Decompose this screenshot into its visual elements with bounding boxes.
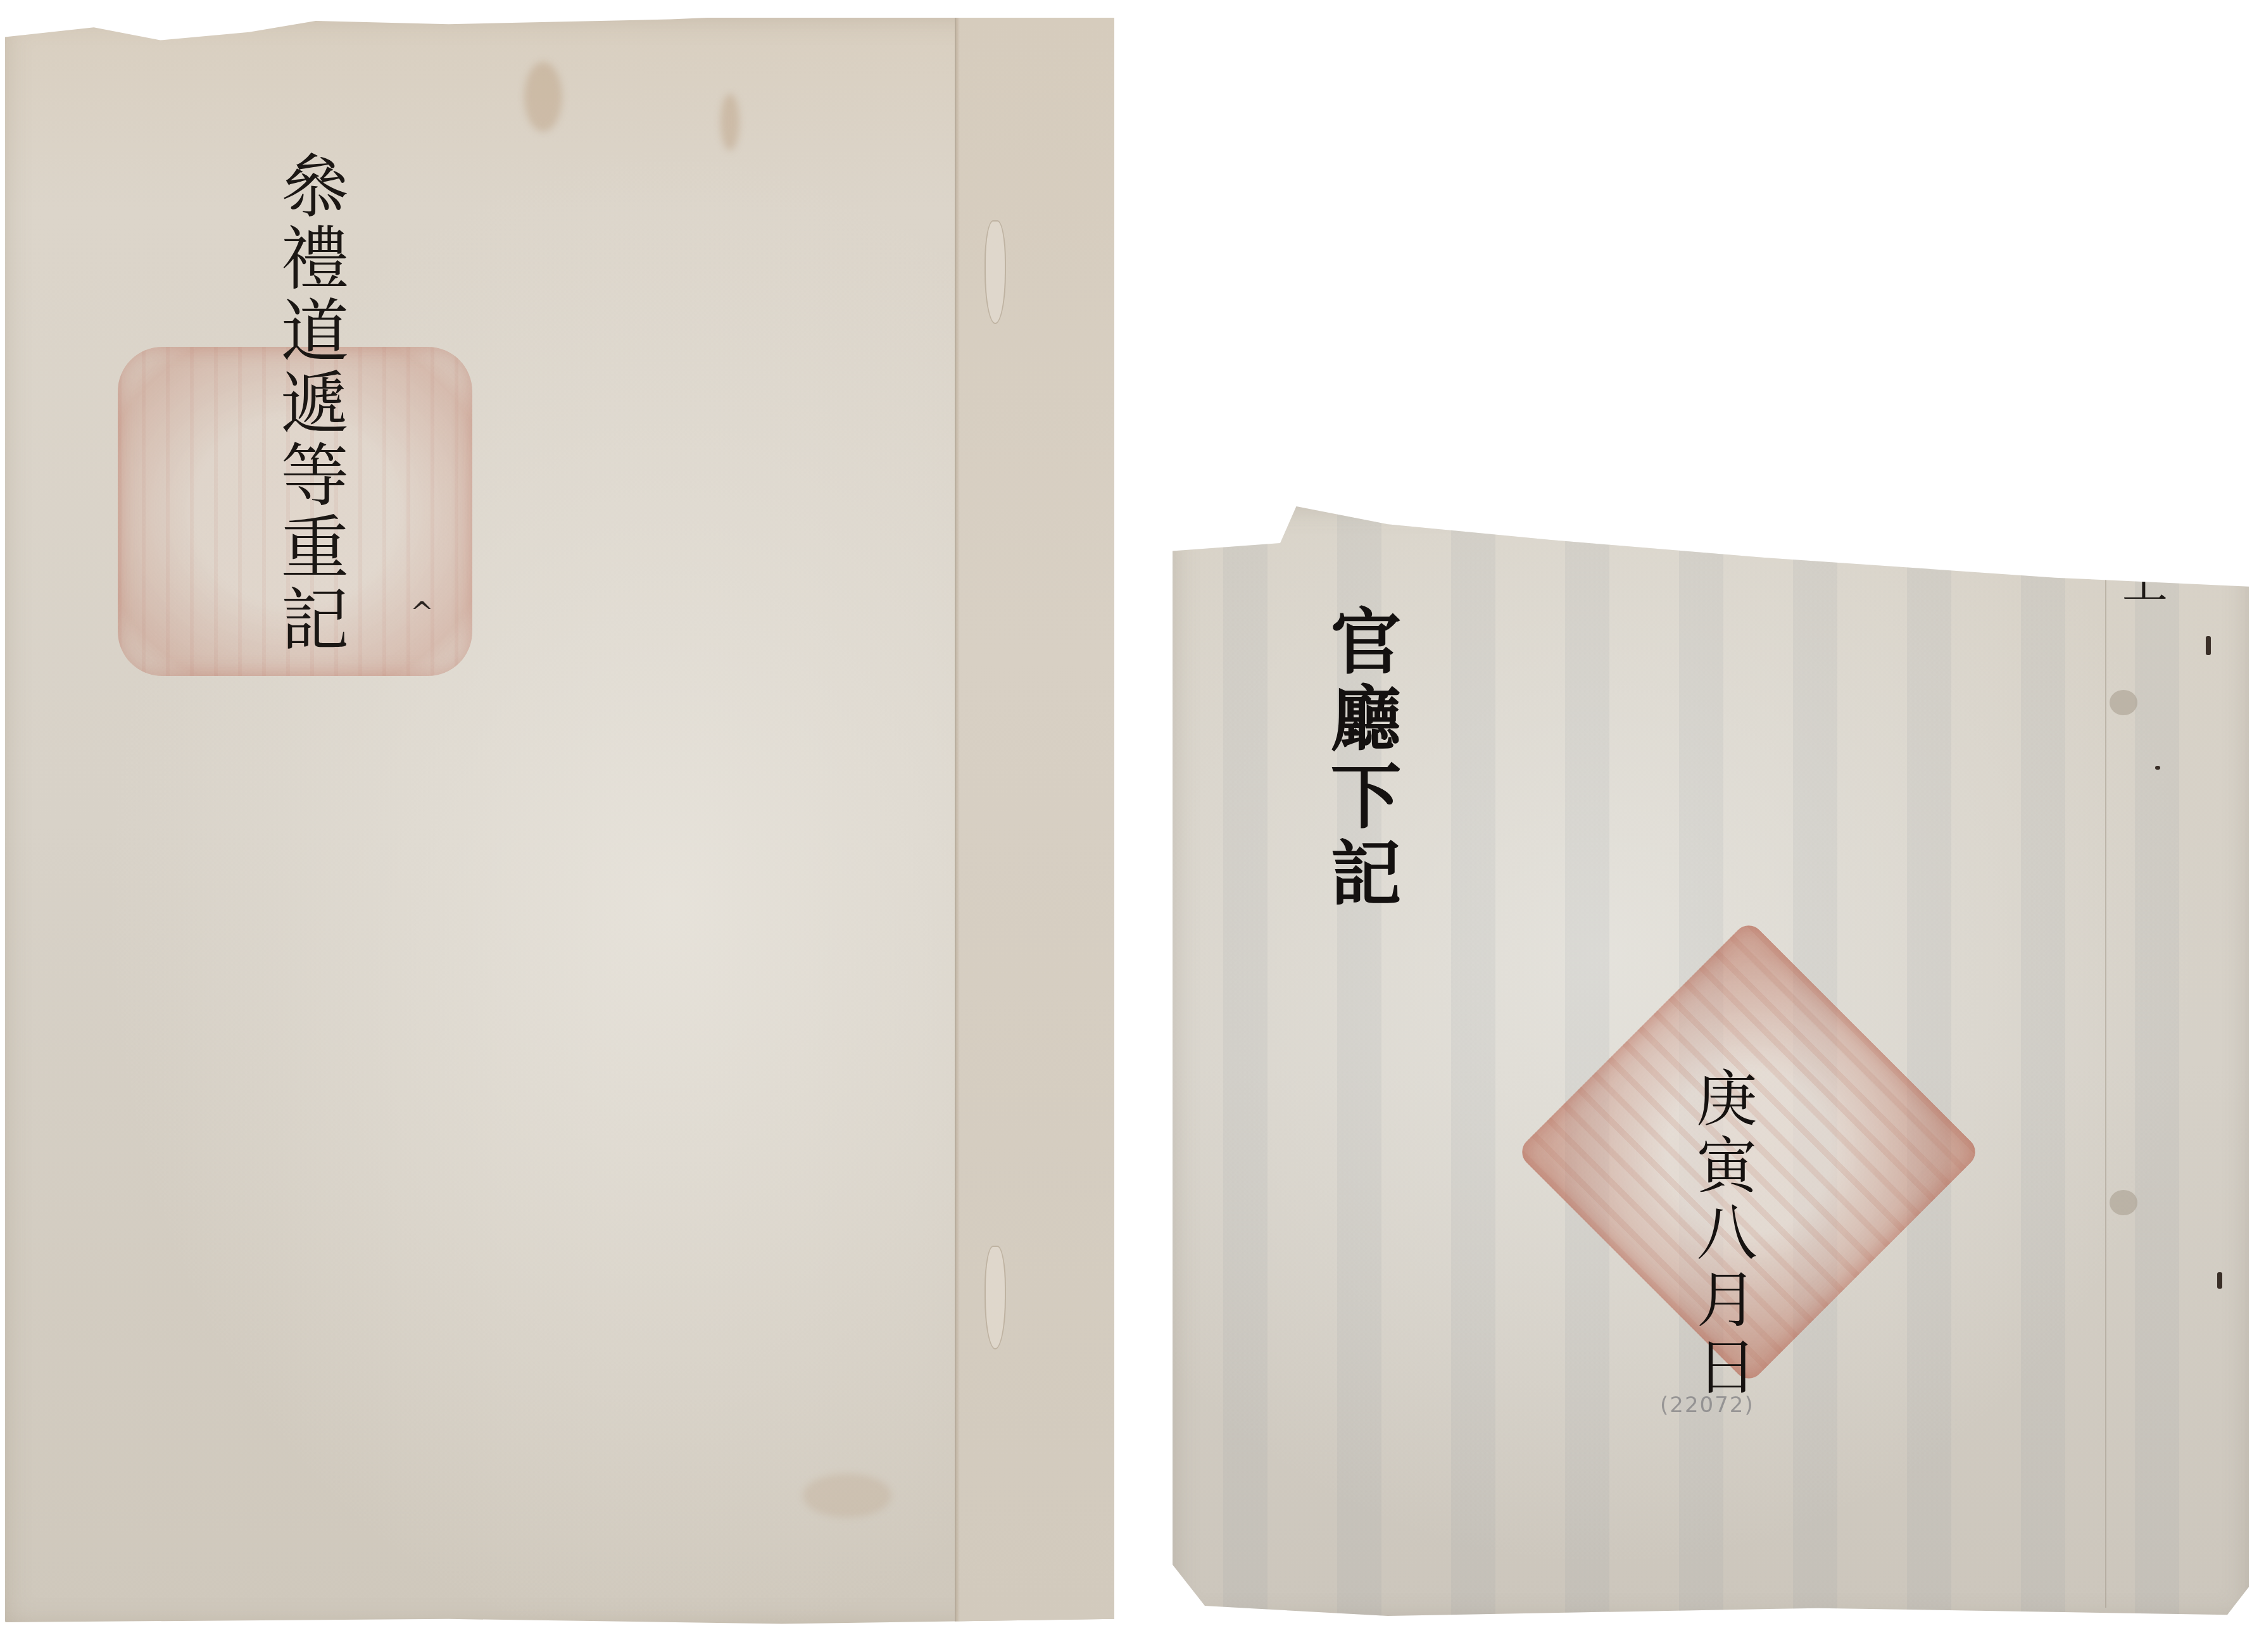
binding-thread	[2206, 636, 2211, 655]
binding-thread	[2217, 1272, 2222, 1289]
water-stain	[720, 94, 739, 151]
water-stain	[803, 1474, 891, 1518]
marginal-mark: ^	[410, 597, 434, 629]
binding-tab	[984, 220, 1006, 324]
binding-hole	[2110, 1190, 2137, 1215]
binding-thread	[2155, 766, 2160, 770]
binding-hole	[2110, 690, 2137, 715]
binding-tab	[984, 1246, 1006, 1349]
right-booklet: 官廳下記 庚寅八月日 上 (22072)	[1173, 506, 2249, 1620]
date-inscription: 庚寅八月日	[1692, 1067, 1752, 1402]
cover-title: 叅禮道遞等重記	[274, 151, 343, 656]
volume-mark: 上	[2122, 544, 2168, 610]
left-booklet: 叅禮道遞等重記 ^	[5, 18, 1114, 1625]
water-stain	[524, 62, 562, 132]
catalog-number: (22072)	[1660, 1392, 1754, 1418]
binding-strip	[955, 18, 1116, 1625]
spine-fold	[2105, 544, 2106, 1608]
cover-title: 官廳下記	[1324, 604, 1395, 913]
